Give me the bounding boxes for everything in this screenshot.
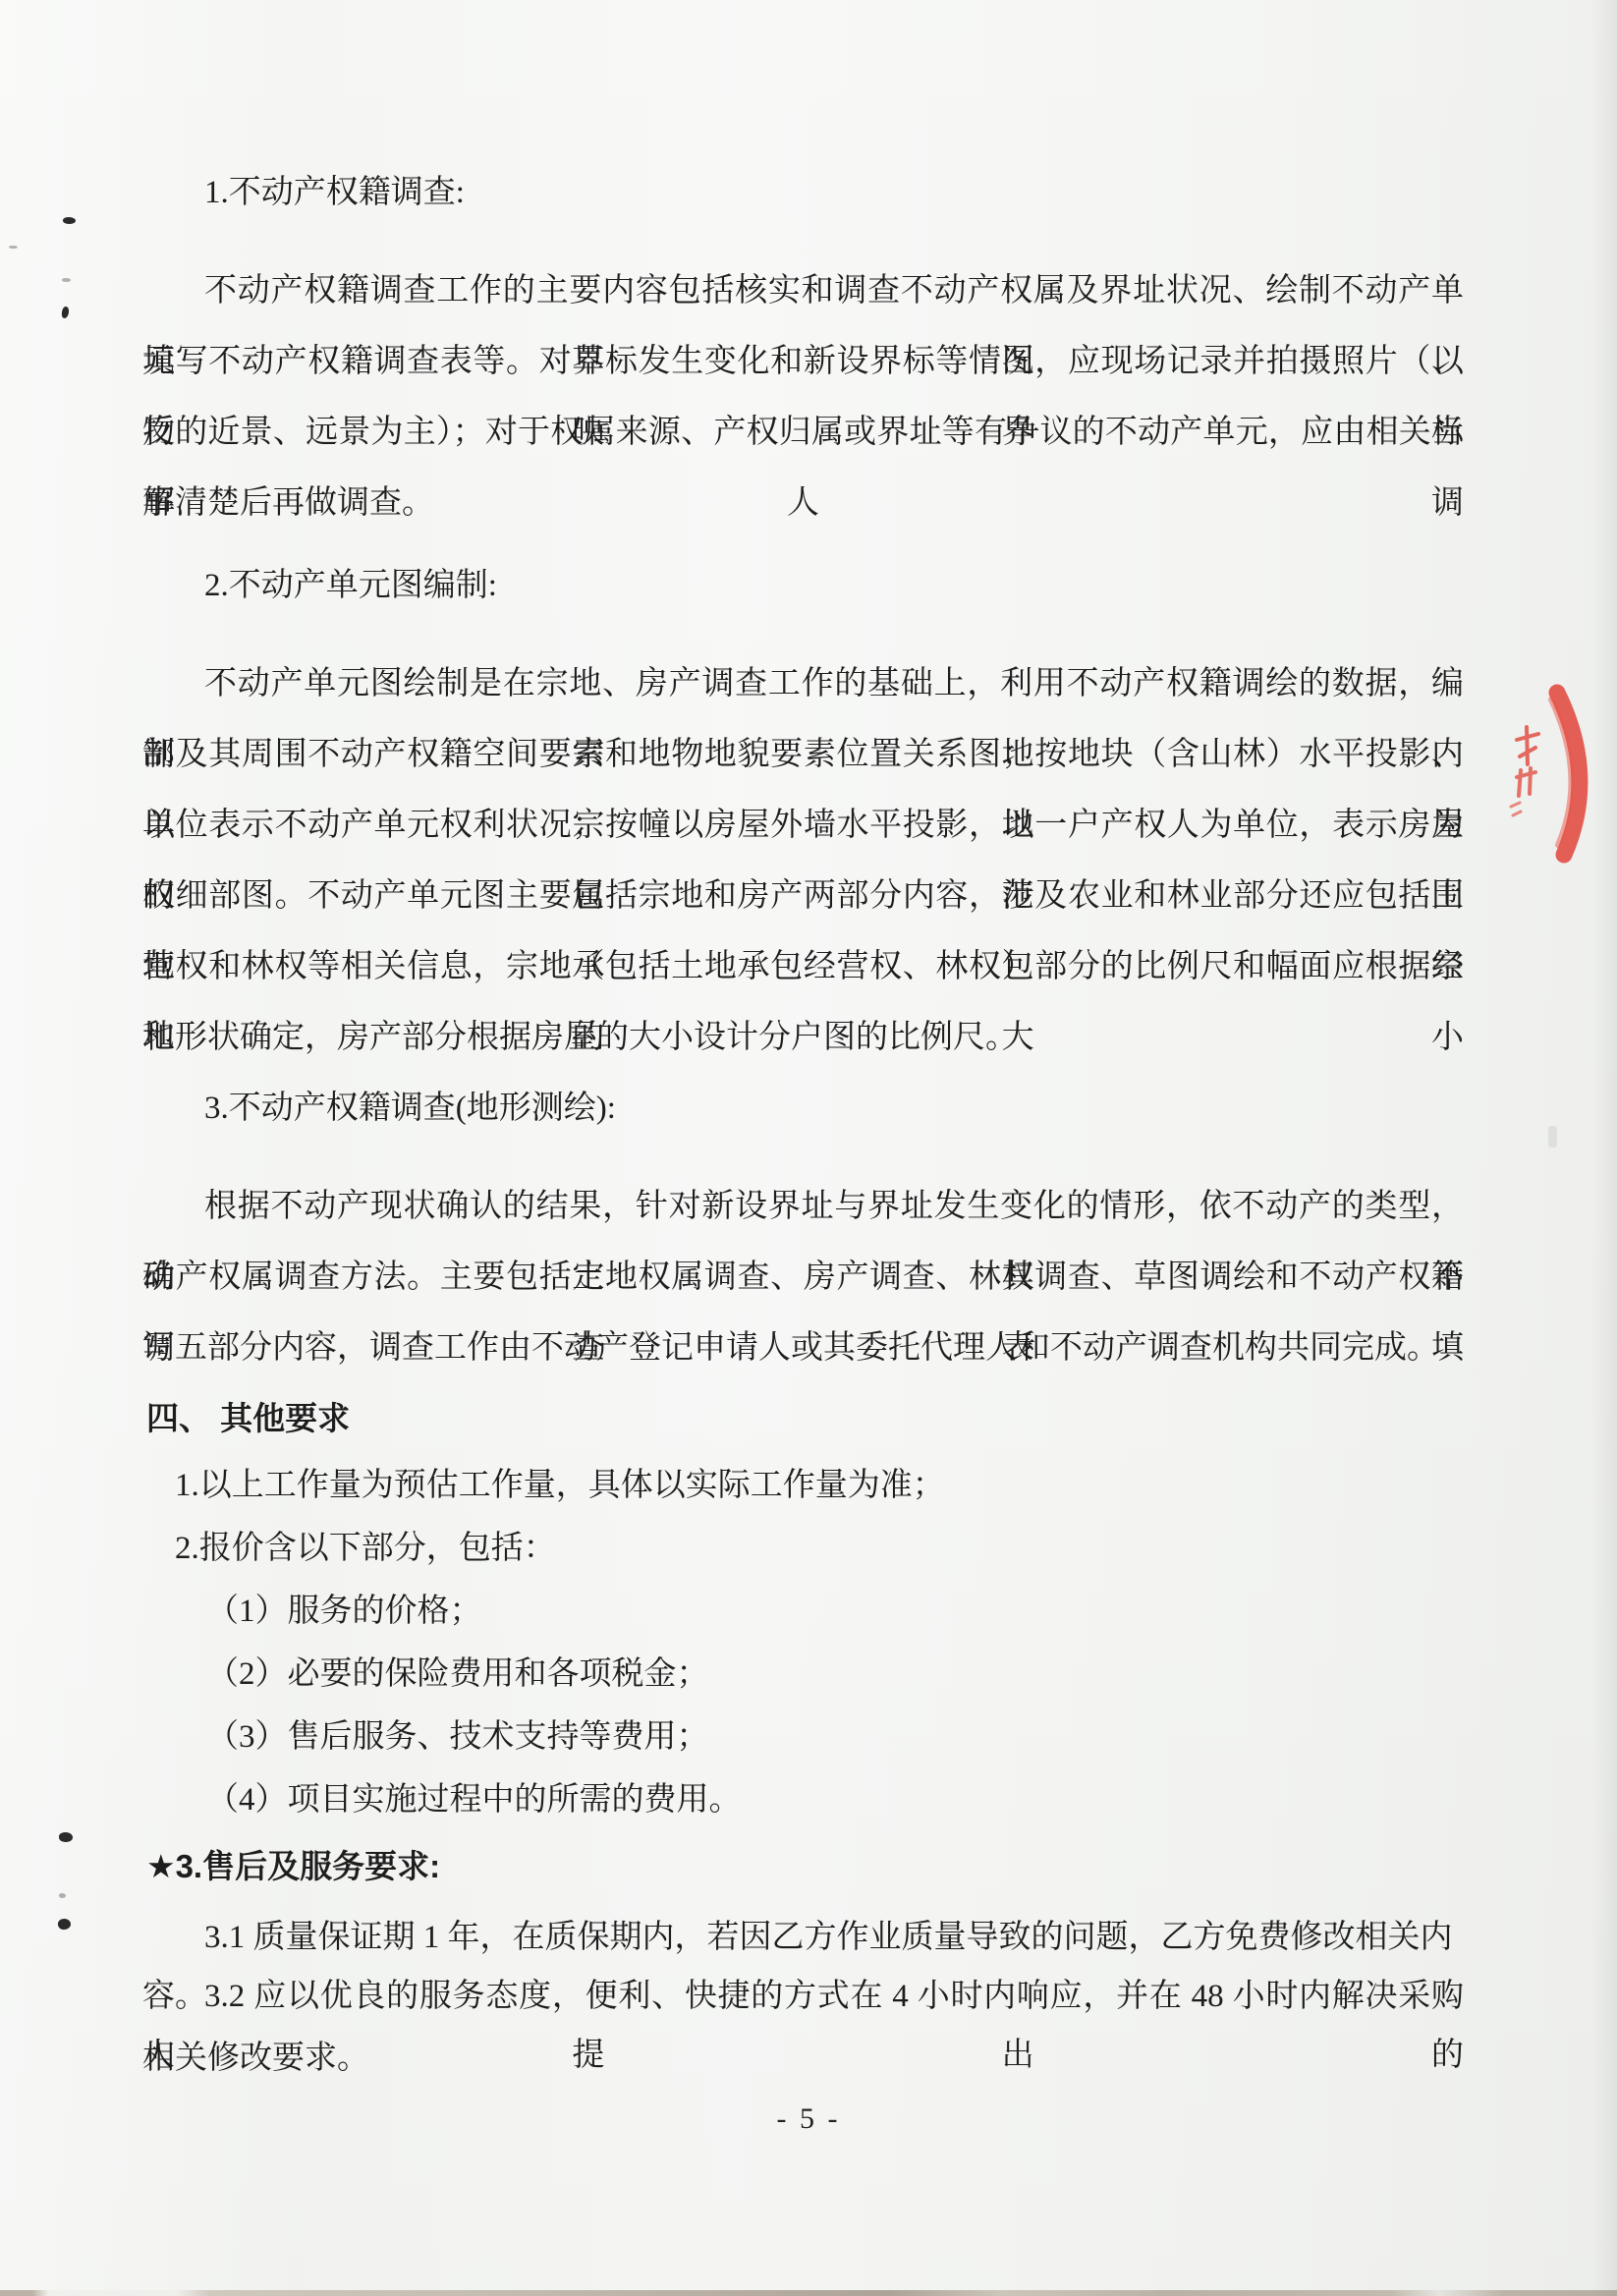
paragraph-line: 的细部图。不动产单元图主要包括宗地和房产两部分内容，涉及农业和林业部分还应包括土… [142,861,1464,931]
bold-section-heading: ★3.售后及服务要求: [142,1831,1464,1902]
list-item: 2.报价含以下部分，包括： [142,1517,1464,1580]
paragraph-line: 3.1 质量保证期 1 年，在质保期内，若因乙方作业质量导致的问题，乙方免费修改… [142,1908,1464,1967]
paragraph-line: 单位表示不动产单元权利状况；按幢以房屋外墙水平投影，以一户产权人为单位，表示房屋… [142,790,1464,861]
paragraph-line: 物的近景、远景为主）；对于权属来源、产权归属或界址等有争议的不动产单元，应由相关… [142,397,1464,468]
page-edge-shadow [1591,0,1617,2296]
scan-speck [57,1918,71,1931]
paragraph-line: 营权和林权等相关信息，宗地（包括土地承包经营权、林权）部分的比例尺和幅面应根据宗… [142,931,1464,1002]
scan-bottom-edge [0,2290,1617,2296]
paragraph-line: 不动产单元图绘制是在宗地、房产调查工作的基础上，利用不动产权籍调绘的数据，编制宗… [142,648,1464,719]
bold-section-heading: 四、 其他要求 [142,1383,1464,1454]
sub-list-item: （4）项目实施过程中的所需的费用。 [142,1768,1464,1831]
sub-list-item: （1）服务的价格； [142,1580,1464,1643]
scan-speck [61,306,70,318]
scan-speck [59,1832,73,1842]
sub-list-item: （3）售后服务、技术支持等费用； [142,1706,1464,1768]
document-body: 1.不动产权籍调查:不动产权籍调查工作的主要内容包括核实和调查不动产权属及界址状… [142,157,1464,2091]
scan-smudge [1548,1126,1557,1148]
scan-speck [63,217,76,224]
scan-speck [62,278,71,282]
page-number: - 5 - [0,2102,1617,2136]
numbered-heading: 2.不动产单元图编制: [142,550,1464,621]
scan-speck [59,1893,66,1898]
sub-list-item: （2）必要的保险费用和各项税金； [142,1643,1464,1706]
paragraph-line: 3.2 应以优良的服务态度，便利、快捷的方式在 4 小时内响应，并在 48 小时… [142,1967,1464,2026]
paragraph-line: 填写不动产权籍调查表等。对界标发生变化和新设界标等情况，应现场记录并拍摄照片（以… [142,326,1464,397]
scanned-document-page: 1.不动产权籍调查:不动产权籍调查工作的主要内容包括核实和调查不动产权属及界址状… [0,0,1617,2296]
numbered-heading: 3.不动产权籍调查(地形测绘): [142,1073,1464,1144]
list-item: 1.以上工作量为预估工作量，具体以实际工作量为准； [142,1454,1464,1517]
paragraph-line: 动产权属调查方法。主要包括土地权属调查、房产调查、林权调查、草图调绘和不动产权籍… [142,1242,1464,1313]
paragraph-line: 部及其周围不动产权籍空间要素和地物地貌要素位置关系图；按地块（含山林）水平投影、… [142,719,1464,790]
paragraph-line: 根据不动产现状确认的结果，针对新设界址与界址发生变化的情形，依不动产的类型，确定… [142,1171,1464,1242]
paragraph-line: 写五部分内容，调查工作由不动产登记申请人或其委托代理人和不动产调查机构共同完成。 [142,1313,1464,1383]
numbered-heading: 1.不动产权籍调查: [142,157,1464,228]
paragraph-line: 不动产权籍调查工作的主要内容包括核实和调查不动产权属及界址状况、绘制不动产单元草… [142,255,1464,326]
scan-speck [9,246,18,249]
